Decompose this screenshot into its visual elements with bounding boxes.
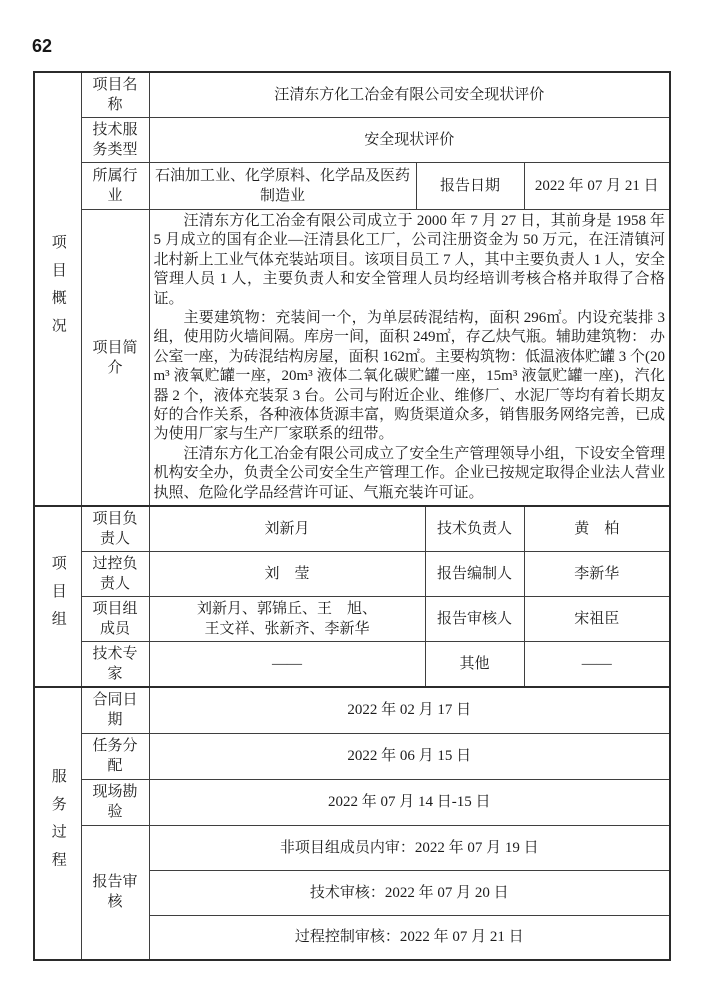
section-label-team: 项目组 — [34, 506, 81, 687]
team-row-label: 技术专家 — [81, 642, 149, 688]
document-page: 62 项目概况 项目名称 汪清东方化工冶金有限公司安全现状评价 技术服务类型 安… — [0, 0, 703, 994]
process-row-value: 2022 年 06 月 15 日 — [149, 733, 670, 779]
section-label-overview: 项目概况 — [34, 72, 81, 506]
section-label-team-text: 项目组 — [48, 555, 68, 638]
team-row-label2: 报告审核人 — [425, 597, 524, 642]
process-row-value: 2022 年 02 月 17 日 — [149, 687, 670, 733]
team-row-label: 过控负责人 — [81, 552, 149, 597]
section-label-process: 服务过程 — [34, 687, 81, 960]
industry-value: 石油加工业、化学原料、化学品及医药制造业 — [149, 163, 416, 210]
team-row-label2: 报告编制人 — [425, 552, 524, 597]
team-row-value2: 李新华 — [524, 552, 670, 597]
section-label-overview-text: 项目概况 — [48, 234, 68, 345]
intro-paragraph: 汪清东方化工冶金有限公司成立了安全生产管理领导小组，下设安全管理机构安全办，负责… — [154, 445, 666, 503]
report-review-item: 技术审核：2022 年 07 月 20 日 — [149, 870, 670, 915]
report-review-label: 报告审核 — [81, 825, 149, 960]
industry-label: 所属行业 — [81, 163, 149, 210]
page-number: 62 — [32, 36, 52, 57]
team-row-label: 项目组成员 — [81, 597, 149, 642]
process-row-value: 2022 年 07 月 14 日-15 日 — [149, 779, 670, 825]
process-row-label: 现场勘验 — [81, 779, 149, 825]
team-row-value: 刘新月 — [149, 506, 425, 552]
report-date-label: 报告日期 — [416, 163, 524, 210]
process-row-label: 任务分配 — [81, 733, 149, 779]
project-info-table: 项目概况 项目名称 汪清东方化工冶金有限公司安全现状评价 技术服务类型 安全现状… — [33, 71, 671, 961]
project-name-label: 项目名称 — [81, 72, 149, 118]
intro-paragraph: 汪清东方化工冶金有限公司成立于 2000 年 7 月 27 日，其前身是 195… — [154, 212, 666, 309]
intro-label: 项目简介 — [81, 210, 149, 507]
team-row-value2: 黄 柏 — [524, 506, 670, 552]
report-date-value: 2022 年 07 月 21 日 — [524, 163, 670, 210]
project-name-value: 汪清东方化工冶金有限公司安全现状评价 — [149, 72, 670, 118]
intro-paragraph: 主要建筑物：充装间一个，为单层砖混结构，面积 296㎡。内设充装排 3 组，使用… — [154, 309, 666, 445]
team-row-value: 刘新月、郭锦丘、王 旭、 王文祥、张新齐、李新华 — [149, 597, 425, 642]
team-row-value: 刘 莹 — [149, 552, 425, 597]
team-row-label2: 技术负责人 — [425, 506, 524, 552]
team-row-label: 项目负责人 — [81, 506, 149, 552]
team-row-value2: 宋祖臣 — [524, 597, 670, 642]
report-review-item: 过程控制审核：2022 年 07 月 21 日 — [149, 915, 670, 960]
section-label-process-text: 服务过程 — [48, 768, 68, 879]
team-row-value2: —— — [524, 642, 670, 688]
report-review-item: 非项目组成员内审：2022 年 07 月 19 日 — [149, 825, 670, 870]
process-row-label: 合同日期 — [81, 687, 149, 733]
team-row-value: —— — [149, 642, 425, 688]
service-type-label: 技术服务类型 — [81, 118, 149, 163]
team-row-label2: 其他 — [425, 642, 524, 688]
service-type-value: 安全现状评价 — [149, 118, 670, 163]
intro-text: 汪清东方化工冶金有限公司成立于 2000 年 7 月 27 日，其前身是 195… — [149, 210, 670, 507]
